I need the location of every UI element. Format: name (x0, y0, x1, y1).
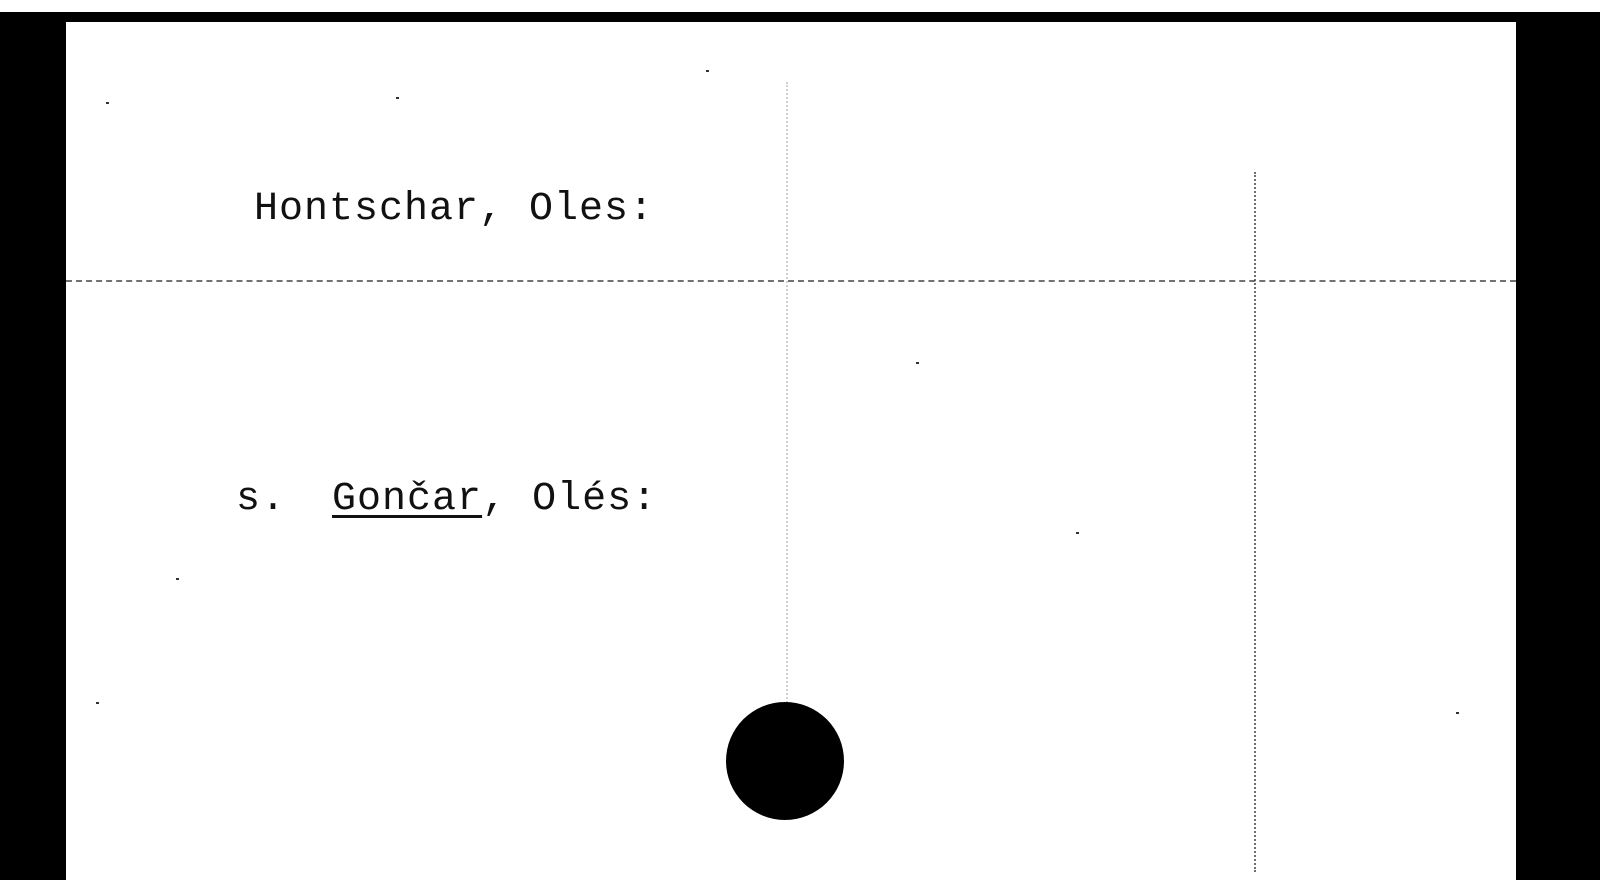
horizontal-rule (66, 280, 1516, 282)
scan-speck (916, 362, 919, 364)
scan-speck (1456, 712, 1459, 714)
scan-speck (1076, 532, 1079, 534)
reference-target-rest: , Olés: (482, 477, 657, 522)
catalog-card: Hontschar, Oles: s.Gončar, Olés: (66, 22, 1516, 880)
scan-speck (176, 578, 179, 580)
scan-speck (396, 97, 399, 99)
scan-speck (106, 102, 109, 104)
see-prefix: s. (236, 477, 286, 522)
vertical-rule-right (1254, 172, 1256, 872)
vertical-rule-middle (786, 82, 788, 722)
reference-target-name: Gončar (332, 477, 482, 522)
scan-speck (96, 702, 99, 704)
card-heading: Hontschar, Oles: (254, 187, 654, 232)
see-reference: s.Gončar, Olés: (136, 432, 657, 567)
punch-hole (726, 702, 844, 820)
scan-speck (706, 70, 709, 72)
scan-top-margin (0, 0, 1600, 12)
